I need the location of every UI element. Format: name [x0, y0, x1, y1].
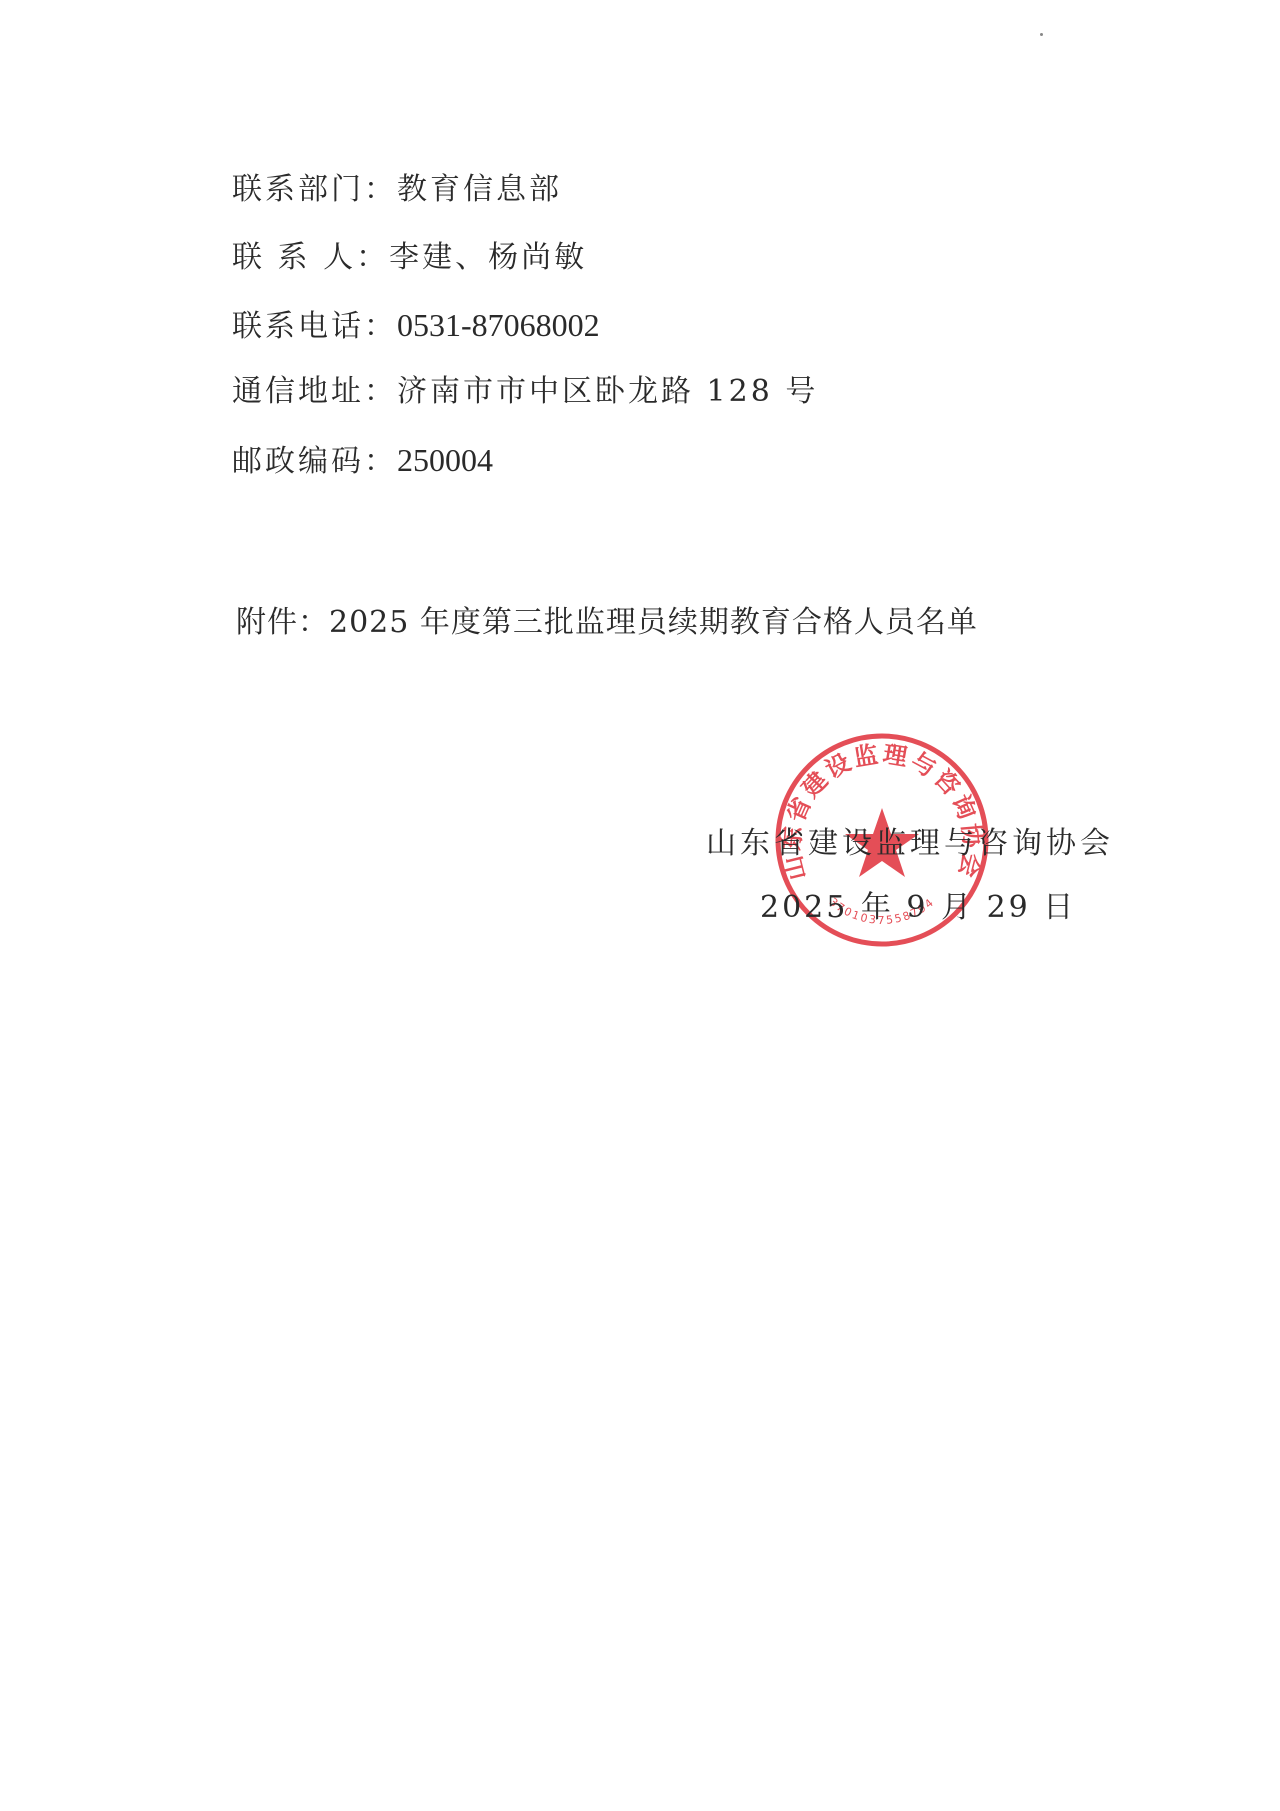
person-value: 李建、杨尚敏 [389, 240, 587, 275]
contact-address: 通信地址：济南市市中区卧龙路 128 号 [232, 372, 818, 412]
signature-organization: 山东省建设监理与咨询协会 [706, 818, 1114, 862]
attachment-line: 附件：2025 年度第三批监理员续期教育合格人员名单 [236, 603, 978, 643]
address-value: 济南市市中区卧龙路 128 号 [397, 374, 818, 409]
phone-value: 0531-87068002 [397, 307, 600, 343]
department-label: 联系部门： [232, 172, 397, 207]
contact-phone: 联系电话：0531-87068002 [232, 305, 600, 347]
signature-date: 2025 年 9 月 29 日 [760, 882, 1076, 926]
contact-person: 联 系 人：李建、杨尚敏 [232, 238, 587, 278]
postcode-label: 邮政编码： [232, 444, 397, 479]
attachment-label: 附件： [236, 605, 329, 640]
postcode-value: 250004 [397, 442, 493, 478]
scan-speck [1040, 33, 1043, 36]
document-page: 联系部门：教育信息部 联 系 人：李建、杨尚敏 联系电话：0531-870680… [0, 0, 1280, 1811]
address-label: 通信地址： [232, 374, 397, 409]
person-label: 联 系 人： [232, 240, 389, 275]
attachment-value: 2025 年度第三批监理员续期教育合格人员名单 [329, 605, 978, 640]
phone-label: 联系电话： [232, 309, 397, 344]
department-value: 教育信息部 [397, 172, 562, 207]
contact-department: 联系部门：教育信息部 [232, 170, 562, 210]
contact-postcode: 邮政编码：250004 [232, 440, 493, 482]
